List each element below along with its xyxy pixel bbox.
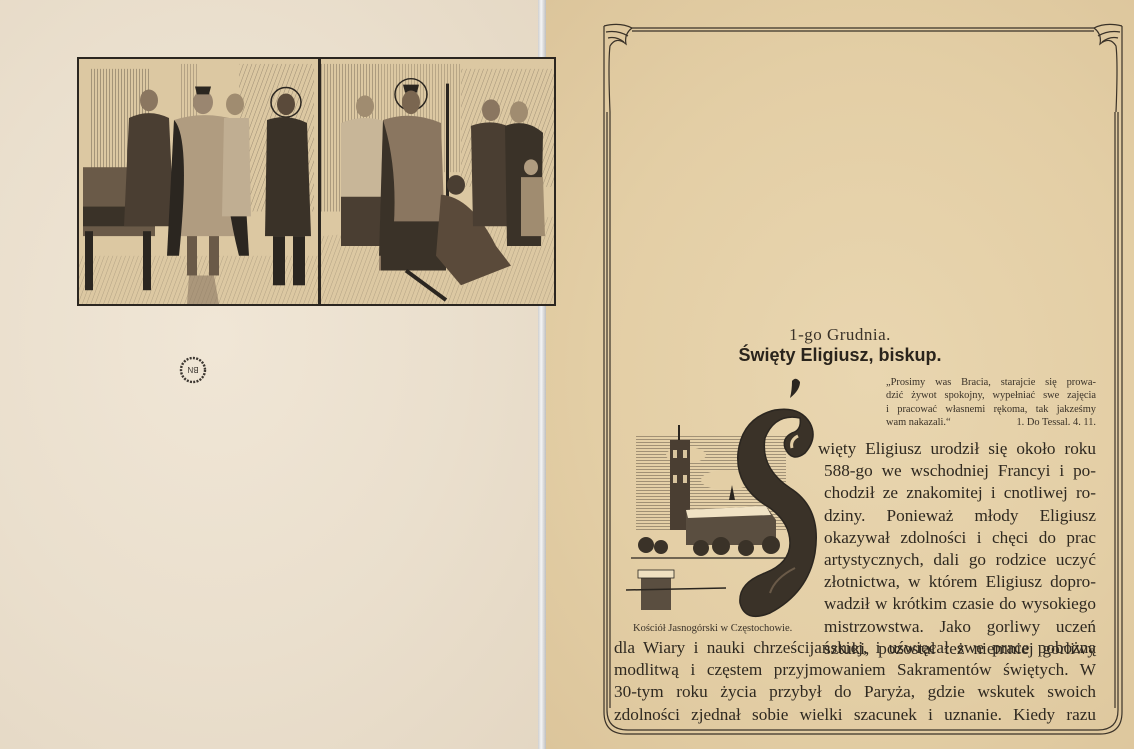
king-and-saint-scene: [79, 59, 318, 304]
body-line: zdolności zjednał sobie wielki szacunek …: [614, 704, 1096, 726]
saint-eligius-illustration: [77, 57, 556, 306]
page-title: Święty Eligiusz, biskup.: [546, 345, 1134, 366]
body-line: okazywał zdolności i chęci do prac: [824, 527, 1096, 549]
epigraph-quote: „Prosimy was Bracia, starajcie się prowa…: [886, 376, 1096, 430]
body-line: modlitwą i częstem przyjmowaniem Sakrame…: [614, 659, 1096, 681]
body-line: 588-go we wschodniej Francyi i po-: [824, 460, 1096, 482]
body-line: mistrzowstwa. Jako gorliwy uczeń: [824, 616, 1096, 638]
body-line: dla Wiary i nauki chrześcijańskiej, i uś…: [614, 637, 1096, 659]
date-heading: 1-go Grudnia.: [546, 325, 1134, 345]
article-body-full-width: dla Wiary i nauki chrześcijańskiej, i uś…: [614, 637, 1096, 726]
article-body-narrow-column: więty Eligiusz urodził się około roku 58…: [824, 438, 1096, 660]
svg-text:BN: BN: [187, 365, 198, 374]
epigraph-line: i pracować własnemi rękoma, tak jakześmy: [886, 403, 1096, 416]
epigraph-reference: 1. Do Tessal. 4. 11.: [1016, 416, 1096, 429]
church-image-caption: Kościół Jasnogórski w Częstochowie.: [633, 623, 823, 634]
body-line: artystycznych, dali go rodzice uczyć: [824, 549, 1096, 571]
body-line: dziny. Ponieważ młody Eligiusz: [824, 505, 1096, 527]
bishop-blessing-poor-scene: [321, 59, 556, 304]
library-stamp-icon: BN: [175, 354, 211, 386]
ornamental-drop-cap-S: [730, 378, 825, 623]
body-line: chodził ze znakomitej i cnotliwej ro-: [824, 482, 1096, 504]
body-line: więty Eligiusz urodził się około roku: [818, 438, 1096, 460]
epigraph-line: wam nakazali.“: [886, 417, 951, 428]
body-line: 30-tym roku życia przybył do Paryża, gdz…: [614, 681, 1096, 703]
body-line: złotnictwa, w którem Eligiusz dopro-: [824, 571, 1096, 593]
epigraph-line: „Prosimy was Bracia, starajcie się prowa…: [886, 376, 1096, 389]
body-line: wadził w krótkim czasie do wysokiego: [824, 593, 1096, 615]
epigraph-line: dzić żywot spokojny, wypełniać swe zajęc…: [886, 389, 1096, 402]
